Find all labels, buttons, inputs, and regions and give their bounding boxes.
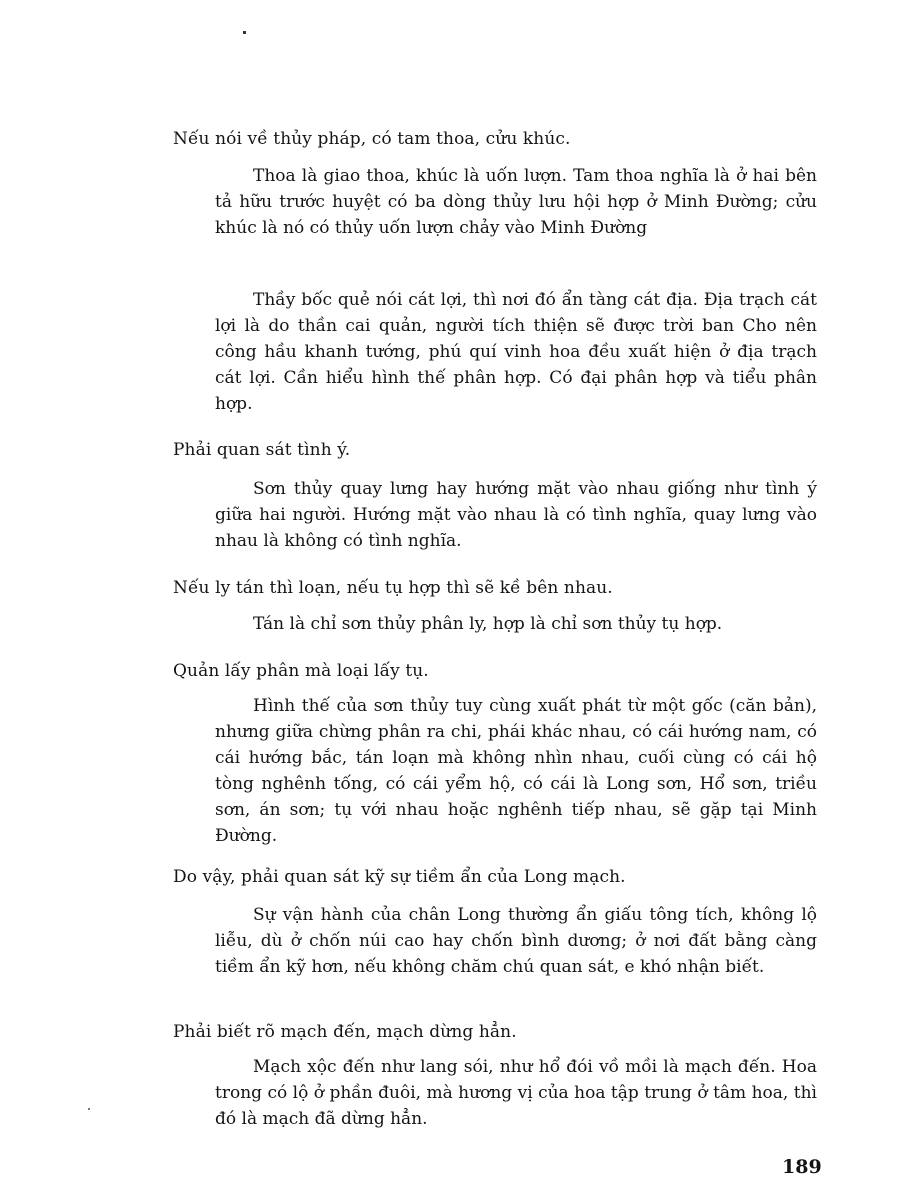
book-page: Nếu nói về thủy pháp, có tam thoa, cửu k…	[0, 0, 921, 1200]
scan-speck	[88, 1108, 90, 1110]
section-heading: Nếu nói về thủy pháp, có tam thoa, cửu k…	[173, 129, 571, 149]
section-heading: Phải biết rõ mạch đến, mạch dừng hẳn.	[173, 1022, 517, 1042]
section-paragraph: Sự vận hành của chân Long thường ẩn giấu…	[215, 902, 817, 980]
section-paragraph: Thầy bốc quẻ nói cát lợi, thì nơi đó ẩn …	[215, 287, 817, 417]
section-paragraph: Mạch xộc đến như lang sói, như hổ đói vồ…	[215, 1054, 817, 1132]
section-paragraph: Sơn thủy quay lưng hay hướng mặt vào nha…	[215, 476, 817, 554]
section-paragraph: Hình thế của sơn thủy tuy cùng xuất phát…	[215, 693, 817, 849]
page-number: 189	[782, 1156, 822, 1178]
section-paragraph: Thoa là giao thoa, khúc là uốn lượn. Tam…	[215, 163, 817, 241]
section-paragraph: Tán là chỉ sơn thủy phân ly, hợp là chỉ …	[215, 611, 817, 637]
scan-speck	[243, 31, 246, 34]
section-heading: Nếu ly tán thì loạn, nếu tụ hợp thì sẽ k…	[173, 578, 613, 598]
section-heading: Phải quan sát tình ý.	[173, 440, 350, 460]
section-heading: Quản lấy phân mà loại lấy tụ.	[173, 661, 429, 681]
section-heading: Do vậy, phải quan sát kỹ sự tiềm ẩn của …	[173, 867, 626, 887]
